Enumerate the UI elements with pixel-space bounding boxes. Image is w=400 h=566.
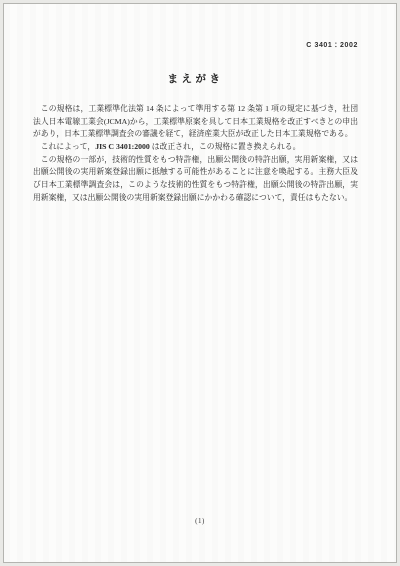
jis-standard-reference: JIS C 3401:2000 [95,142,150,151]
page-number: (1) [4,517,396,525]
paragraph-3: この規格の一部が，技術的性質をもつ特許権，出願公開後の特許出願，実用新案権，又は… [33,154,358,205]
paragraph-2-prefix: これによって， [41,142,95,151]
document-viewport: C 3401：2002 まえがき この規格は，工業標準化法第 14 条によって準… [0,0,400,566]
page-title: まえがき [33,71,358,86]
paragraph-2: これによって，JIS C 3401:2000 は改正され，この規格に置き換えられ… [33,141,358,154]
doc-number: C 3401：2002 [33,40,358,50]
foreword-body: この規格は，工業標準化法第 14 条によって準用する第 12 条第 1 項の規定… [33,103,358,204]
page-content: C 3401：2002 まえがき この規格は，工業標準化法第 14 条によって準… [33,4,358,204]
paragraph-1: この規格は，工業標準化法第 14 条によって準用する第 12 条第 1 項の規定… [33,103,358,141]
paragraph-2-suffix: は改正され，この規格に置き換えられる。 [150,142,301,151]
document-page: C 3401：2002 まえがき この規格は，工業標準化法第 14 条によって準… [3,3,397,563]
